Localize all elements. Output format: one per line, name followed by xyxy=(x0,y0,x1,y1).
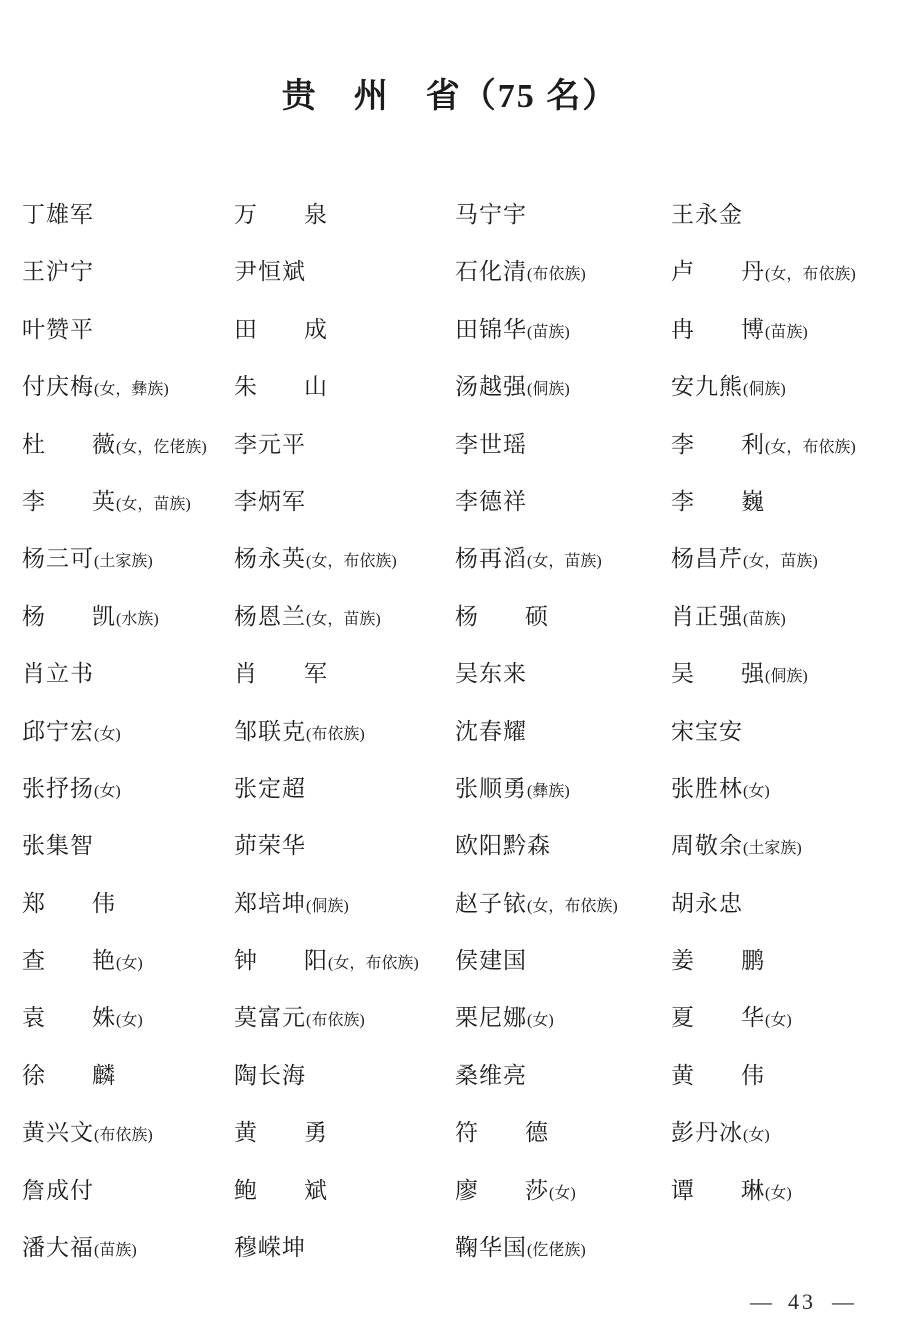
ethnic-gender-tag: (侗族) xyxy=(527,381,570,398)
ethnic-gender-tag: (女，布依族) xyxy=(765,266,856,283)
roster-entry: 陶长海 xyxy=(234,1047,455,1104)
footer-dash-left: — xyxy=(750,1289,772,1315)
person-name: 杨昌芹 xyxy=(671,546,743,571)
roster-entry: 卢丹(女，布依族) xyxy=(671,243,900,300)
person-name: 汤越强 xyxy=(455,374,527,399)
person-name: 鞠华国 xyxy=(455,1235,527,1260)
person-name: 谭琳 xyxy=(671,1178,765,1203)
roster-entry: 张顺勇(彝族) xyxy=(455,760,671,817)
ethnic-gender-tag: (女，布依族) xyxy=(328,955,419,972)
ethnic-gender-tag: (布依族) xyxy=(306,726,365,743)
roster-entry: 周敬余(土家族) xyxy=(671,817,900,874)
person-name: 袁姝 xyxy=(22,1005,116,1030)
page-title: 贵 州 省（75 名） xyxy=(0,68,900,117)
roster-entry: 廖莎(女) xyxy=(455,1162,671,1219)
ethnic-gender-tag: (彝族) xyxy=(527,783,570,800)
roster-entry: 宋宝安 xyxy=(671,703,900,760)
roster-entry: 邱宁宏(女) xyxy=(22,703,234,760)
ethnic-gender-tag: (苗族) xyxy=(765,324,808,341)
roster-entry: 邹联克(布依族) xyxy=(234,703,455,760)
person-name: 张抒扬 xyxy=(22,776,94,801)
person-name: 吴东来 xyxy=(455,661,527,686)
roster-entry: 付庆梅(女，彝族) xyxy=(22,358,234,415)
page-number: 43 xyxy=(788,1289,816,1315)
person-name: 郑伟 xyxy=(22,891,116,916)
roster-entry: 李世瑶 xyxy=(455,416,671,473)
person-name: 茆荣华 xyxy=(234,833,306,858)
ethnic-gender-tag: (侗族) xyxy=(765,668,808,685)
person-name: 查艳 xyxy=(22,948,116,973)
person-name: 廖莎 xyxy=(455,1178,549,1203)
person-name: 鲍斌 xyxy=(234,1178,328,1203)
roster-entry: 尹恒斌 xyxy=(234,243,455,300)
person-name: 王永金 xyxy=(671,202,743,227)
person-name: 符德 xyxy=(455,1120,549,1145)
roster-entry: 沈春耀 xyxy=(455,703,671,760)
roster-entry: 田锦华(苗族) xyxy=(455,301,671,358)
roster-entry: 黄勇 xyxy=(234,1104,455,1161)
ethnic-gender-tag: (女) xyxy=(765,1012,792,1029)
person-name: 穆嵘坤 xyxy=(234,1235,306,1260)
person-name: 彭丹冰 xyxy=(671,1120,743,1145)
person-name: 夏华 xyxy=(671,1005,765,1030)
ethnic-gender-tag: (女) xyxy=(94,783,121,800)
ethnic-gender-tag: (女，苗族) xyxy=(527,553,602,570)
roster-entry: 黄兴文(布依族) xyxy=(22,1104,234,1161)
person-name: 李元平 xyxy=(234,432,306,457)
roster-entry: 石化清(布依族) xyxy=(455,243,671,300)
person-name: 侯建国 xyxy=(455,948,527,973)
person-name: 张集智 xyxy=(22,833,94,858)
roster-entry: 田成 xyxy=(234,301,455,358)
person-name: 徐麟 xyxy=(22,1063,116,1088)
person-name: 李世瑶 xyxy=(455,432,527,457)
person-name: 万泉 xyxy=(234,202,328,227)
person-name: 詹成付 xyxy=(22,1178,94,1203)
roster-entry: 朱山 xyxy=(234,358,455,415)
person-name: 李利 xyxy=(671,432,765,457)
roster-entry: 张定超 xyxy=(234,760,455,817)
ethnic-gender-tag: (女) xyxy=(527,1012,554,1029)
roster-entry: 姜鹏 xyxy=(671,932,900,989)
roster-entry: 李元平 xyxy=(234,416,455,473)
roster-entry: 莫富元(布依族) xyxy=(234,989,455,1046)
person-name: 陶长海 xyxy=(234,1063,306,1088)
roster-entry: 李英(女，苗族) xyxy=(22,473,234,530)
roster-entry: 袁姝(女) xyxy=(22,989,234,1046)
ethnic-gender-tag: (布依族) xyxy=(306,1012,365,1029)
ethnic-gender-tag: (女，仡佬族) xyxy=(116,439,207,456)
person-name: 宋宝安 xyxy=(671,719,743,744)
roster-entry: 胡永忠 xyxy=(671,875,900,932)
ethnic-gender-tag: (苗族) xyxy=(527,324,570,341)
ethnic-gender-tag: (女) xyxy=(116,1012,143,1029)
ethnic-gender-tag: (女，苗族) xyxy=(743,553,818,570)
person-name: 钟阳 xyxy=(234,948,328,973)
roster-entry: 张胜林(女) xyxy=(671,760,900,817)
ethnic-gender-tag: (女，布依族) xyxy=(306,553,397,570)
roster-entry: 鲍斌 xyxy=(234,1162,455,1219)
roster-entry: 詹成付 xyxy=(22,1162,234,1219)
ethnic-gender-tag: (布依族) xyxy=(527,266,586,283)
ethnic-gender-tag: (侗族) xyxy=(743,381,786,398)
person-name: 胡永忠 xyxy=(671,891,743,916)
person-name: 张胜林 xyxy=(671,776,743,801)
roster-entry: 李利(女，布依族) xyxy=(671,416,900,473)
roster-entry: 张集智 xyxy=(22,817,234,874)
roster-entry: 杨再滔(女，苗族) xyxy=(455,530,671,587)
person-name: 桑维亮 xyxy=(455,1063,527,1088)
person-name: 马宁宇 xyxy=(455,202,527,227)
person-name: 尹恒斌 xyxy=(234,259,306,284)
roster-entry: 安九熊(侗族) xyxy=(671,358,900,415)
person-name: 杨恩兰 xyxy=(234,604,306,629)
roster-entry: 马宁宇 xyxy=(455,186,671,243)
roster-entry: 杨昌芹(女，苗族) xyxy=(671,530,900,587)
roster-entry: 符德 xyxy=(455,1104,671,1161)
roster-entry: 查艳(女) xyxy=(22,932,234,989)
roster-entry: 冉博(苗族) xyxy=(671,301,900,358)
person-name: 邹联克 xyxy=(234,719,306,744)
person-name: 栗尼娜 xyxy=(455,1005,527,1030)
ethnic-gender-tag: (土家族) xyxy=(743,840,802,857)
person-name: 郑培坤 xyxy=(234,891,306,916)
roster-entry: 杨三可(土家族) xyxy=(22,530,234,587)
person-name: 安九熊 xyxy=(671,374,743,399)
person-name: 肖正强 xyxy=(671,604,743,629)
roster-entry: 赵子铱(女，布依族) xyxy=(455,875,671,932)
person-name: 杨硕 xyxy=(455,604,549,629)
roster-entry: 杨凯(水族) xyxy=(22,588,234,645)
roster-entry: 鞠华国(仡佬族) xyxy=(455,1219,671,1276)
roster-entry: 吴强(侗族) xyxy=(671,645,900,702)
person-name: 李巍 xyxy=(671,489,765,514)
ethnic-gender-tag: (女，苗族) xyxy=(116,496,191,513)
person-name: 叶赞平 xyxy=(22,317,94,342)
person-name: 黄兴文 xyxy=(22,1120,94,1145)
person-name: 朱山 xyxy=(234,374,328,399)
person-name: 黄勇 xyxy=(234,1120,328,1145)
person-name: 李炳军 xyxy=(234,489,306,514)
roster-entry: 杨硕 xyxy=(455,588,671,645)
person-name: 杨再滔 xyxy=(455,546,527,571)
roster-entry: 李炳军 xyxy=(234,473,455,530)
person-name: 田锦华 xyxy=(455,317,527,342)
person-name: 王沪宁 xyxy=(22,259,94,284)
person-name: 李英 xyxy=(22,489,116,514)
ethnic-gender-tag: (仡佬族) xyxy=(527,1242,586,1259)
ethnic-gender-tag: (女) xyxy=(94,726,121,743)
person-name: 田成 xyxy=(234,317,328,342)
roster-entry: 欧阳黔森 xyxy=(455,817,671,874)
roster-entry: 潘大福(苗族) xyxy=(22,1219,234,1276)
roster-entry: 肖立书 xyxy=(22,645,234,702)
roster-entry: 黄伟 xyxy=(671,1047,900,1104)
person-name: 姜鹏 xyxy=(671,948,765,973)
ethnic-gender-tag: (女) xyxy=(743,1127,770,1144)
ethnic-gender-tag: (女，布依族) xyxy=(527,898,618,915)
person-name: 沈春耀 xyxy=(455,719,527,744)
roster-entry: 钟阳(女，布依族) xyxy=(234,932,455,989)
roster-entry: 谭琳(女) xyxy=(671,1162,900,1219)
roster-entry: 杨恩兰(女，苗族) xyxy=(234,588,455,645)
roster-entry: 杜薇(女，仡佬族) xyxy=(22,416,234,473)
page-footer: —43— xyxy=(750,1289,854,1315)
name-roster: 丁雄军万泉马宁宇王永金王沪宁尹恒斌石化清(布依族)卢丹(女，布依族)叶赞平田成田… xyxy=(22,186,900,1276)
roster-entry: 穆嵘坤 xyxy=(234,1219,455,1276)
ethnic-gender-tag: (女) xyxy=(743,783,770,800)
roster-entry: 栗尼娜(女) xyxy=(455,989,671,1046)
person-name: 付庆梅 xyxy=(22,374,94,399)
person-name: 杨三可 xyxy=(22,546,94,571)
ethnic-gender-tag: (女) xyxy=(116,955,143,972)
person-name: 李德祥 xyxy=(455,489,527,514)
ethnic-gender-tag: (苗族) xyxy=(94,1242,137,1259)
person-name: 石化清 xyxy=(455,259,527,284)
person-name: 赵子铱 xyxy=(455,891,527,916)
person-name: 吴强 xyxy=(671,661,765,686)
roster-entry: 侯建国 xyxy=(455,932,671,989)
person-name: 丁雄军 xyxy=(22,202,94,227)
ethnic-gender-tag: (女) xyxy=(549,1185,576,1202)
ethnic-gender-tag: (女，布依族) xyxy=(765,439,856,456)
roster-entry: 李德祥 xyxy=(455,473,671,530)
roster-entry: 张抒扬(女) xyxy=(22,760,234,817)
ethnic-gender-tag: (女，彝族) xyxy=(94,381,169,398)
roster-entry: 李巍 xyxy=(671,473,900,530)
person-name: 邱宁宏 xyxy=(22,719,94,744)
roster-entry: 吴东来 xyxy=(455,645,671,702)
document-page: 贵 州 省（75 名） 丁雄军万泉马宁宇王永金王沪宁尹恒斌石化清(布依族)卢丹(… xyxy=(0,0,900,1331)
person-name: 潘大福 xyxy=(22,1235,94,1260)
person-name: 张顺勇 xyxy=(455,776,527,801)
roster-entry: 王永金 xyxy=(671,186,900,243)
roster-entry: 王沪宁 xyxy=(22,243,234,300)
person-name: 肖军 xyxy=(234,661,328,686)
ethnic-gender-tag: (水族) xyxy=(116,611,159,628)
person-name: 张定超 xyxy=(234,776,306,801)
roster-entry: 杨永英(女，布依族) xyxy=(234,530,455,587)
ethnic-gender-tag: (侗族) xyxy=(306,898,349,915)
ethnic-gender-tag: (苗族) xyxy=(743,611,786,628)
person-name: 杜薇 xyxy=(22,432,116,457)
person-name: 卢丹 xyxy=(671,259,765,284)
roster-entry: 夏华(女) xyxy=(671,989,900,1046)
roster-entry: 郑伟 xyxy=(22,875,234,932)
person-name: 冉博 xyxy=(671,317,765,342)
ethnic-gender-tag: (女，苗族) xyxy=(306,611,381,628)
person-name: 杨凯 xyxy=(22,604,116,629)
roster-entry: 肖军 xyxy=(234,645,455,702)
person-name: 肖立书 xyxy=(22,661,94,686)
person-name: 黄伟 xyxy=(671,1063,765,1088)
roster-entry: 万泉 xyxy=(234,186,455,243)
roster-entry: 叶赞平 xyxy=(22,301,234,358)
roster-entry: 郑培坤(侗族) xyxy=(234,875,455,932)
ethnic-gender-tag: (女) xyxy=(765,1185,792,1202)
person-name: 欧阳黔森 xyxy=(455,833,551,858)
person-name: 杨永英 xyxy=(234,546,306,571)
roster-entry: 丁雄军 xyxy=(22,186,234,243)
roster-entry: 肖正强(苗族) xyxy=(671,588,900,645)
roster-entry: 彭丹冰(女) xyxy=(671,1104,900,1161)
ethnic-gender-tag: (土家族) xyxy=(94,553,153,570)
roster-entry: 汤越强(侗族) xyxy=(455,358,671,415)
roster-entry: 桑维亮 xyxy=(455,1047,671,1104)
roster-entry: 徐麟 xyxy=(22,1047,234,1104)
person-name: 莫富元 xyxy=(234,1005,306,1030)
person-name: 周敬余 xyxy=(671,833,743,858)
footer-dash-right: — xyxy=(832,1289,854,1315)
ethnic-gender-tag: (布依族) xyxy=(94,1127,153,1144)
roster-entry: 茆荣华 xyxy=(234,817,455,874)
